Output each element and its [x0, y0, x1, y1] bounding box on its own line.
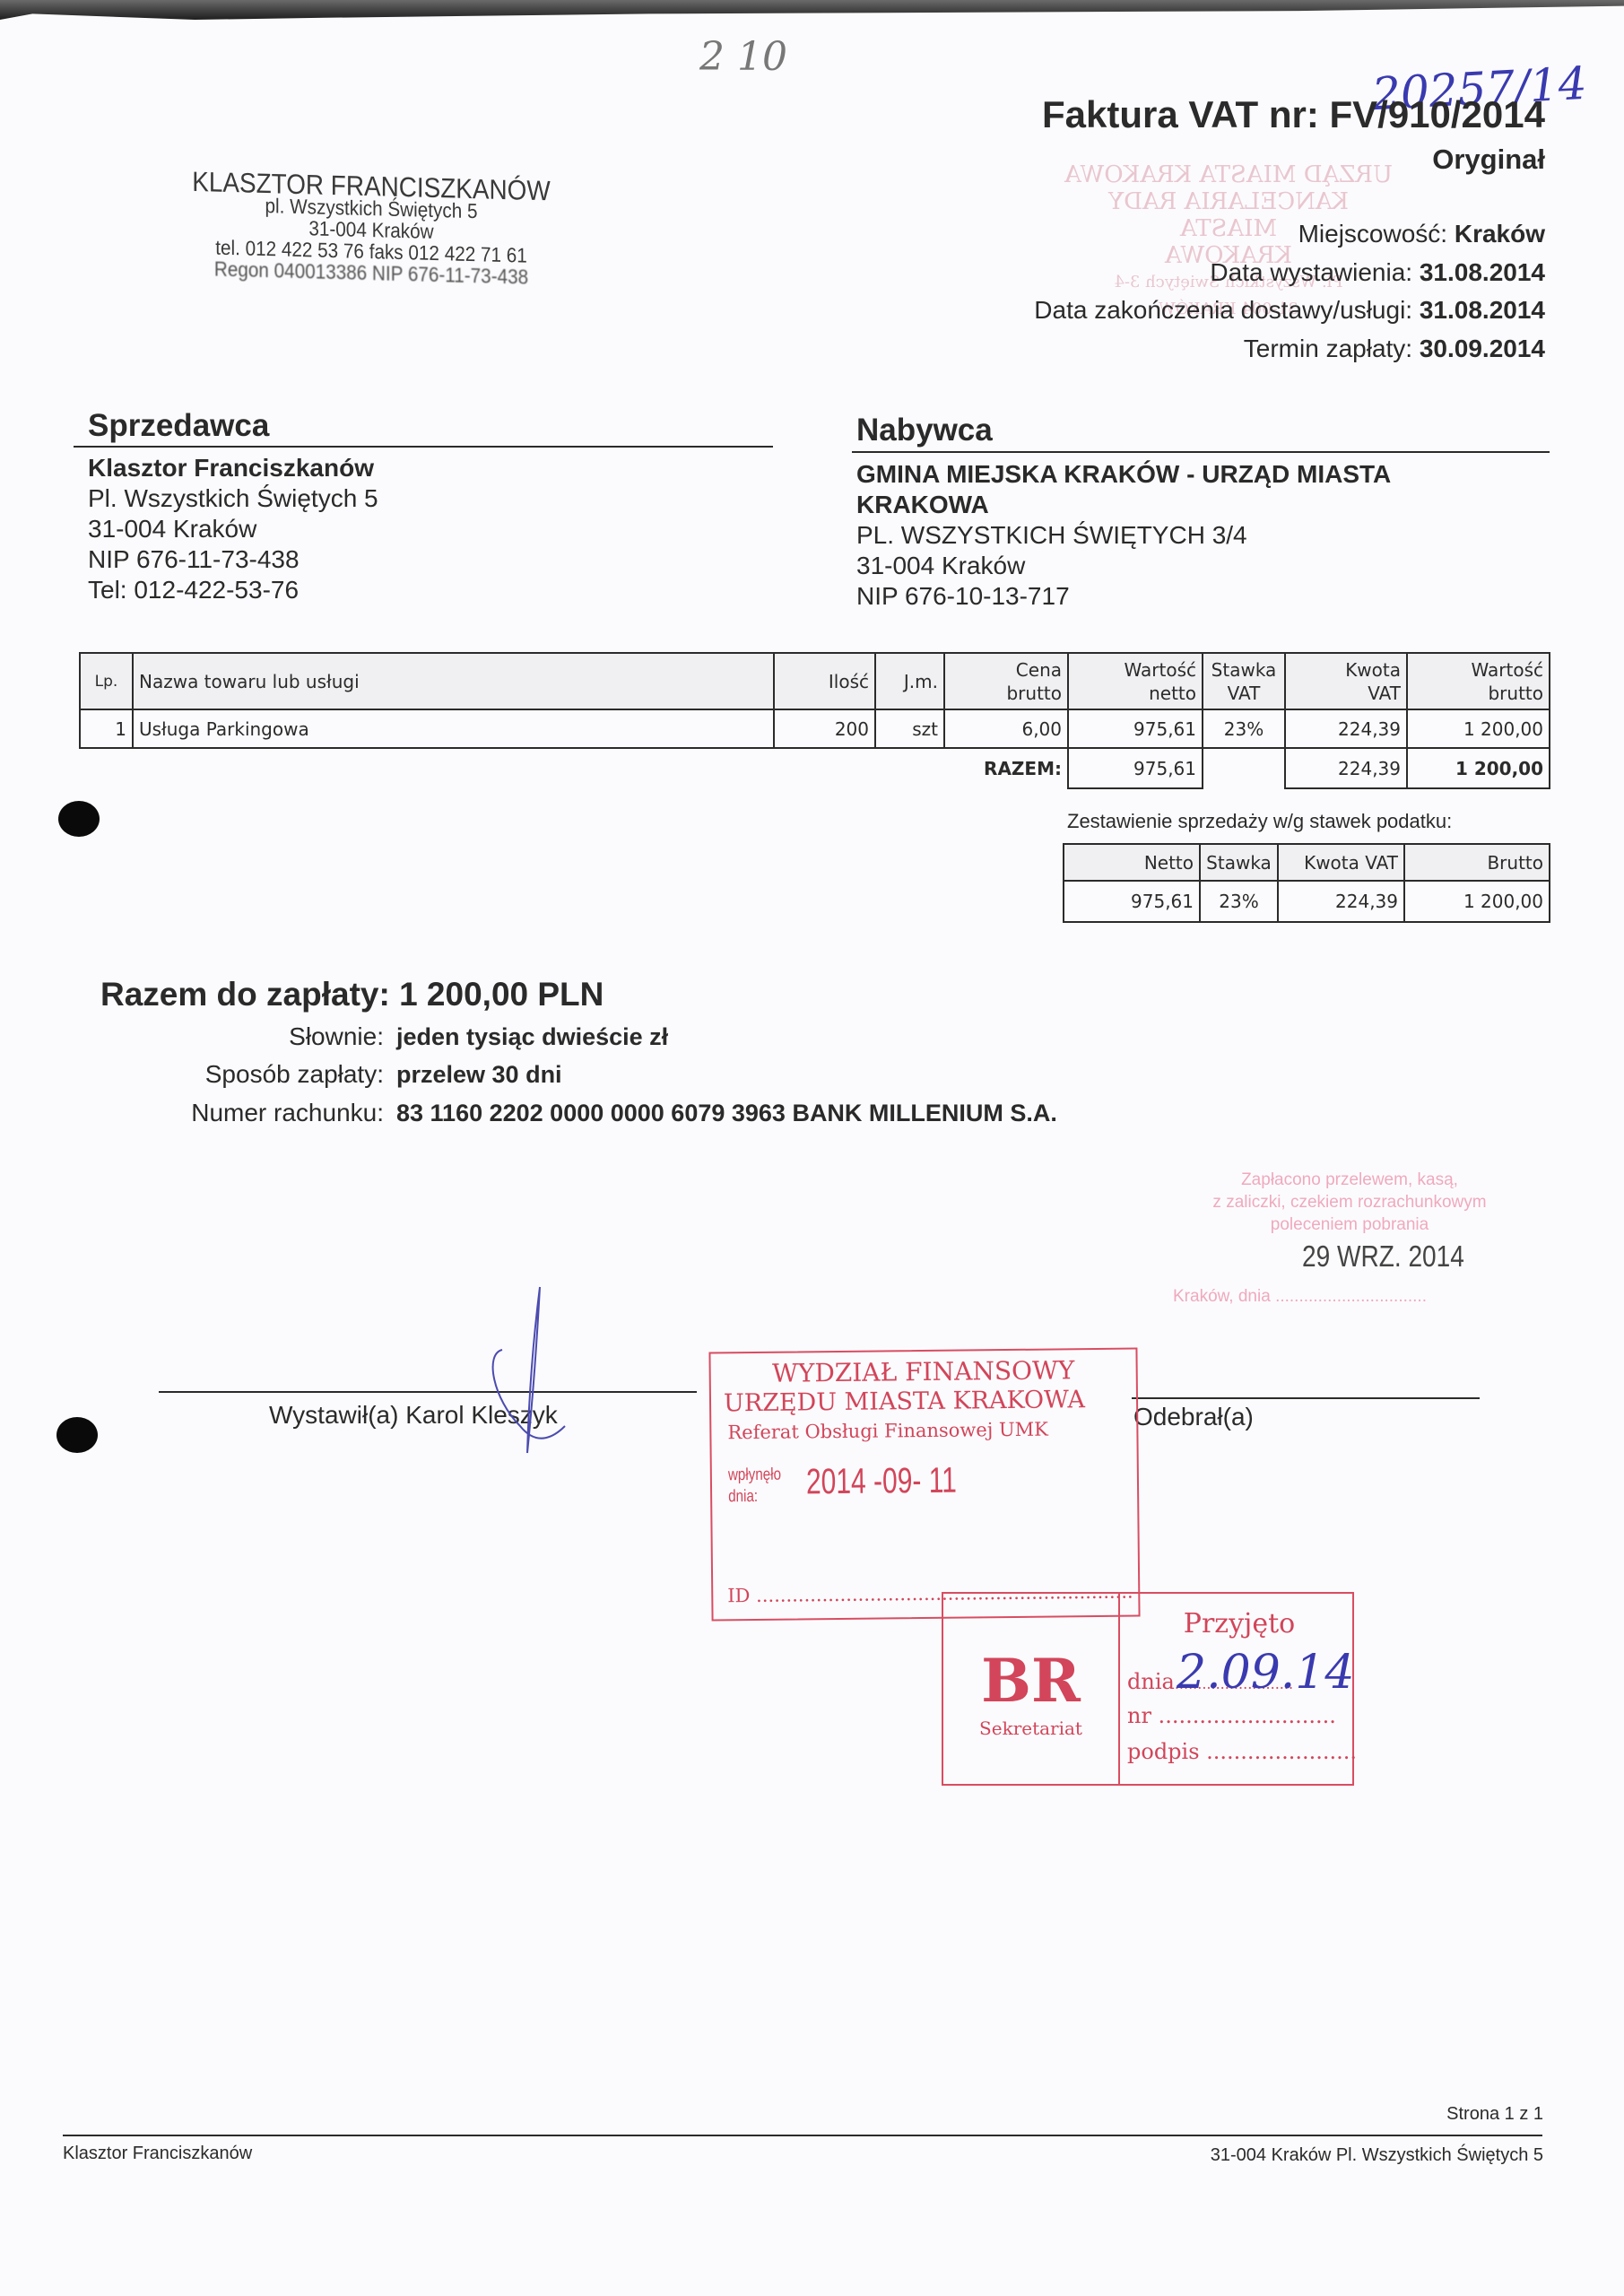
cell-price-gross: 6,00 [943, 709, 1069, 749]
header-line: VAT [1291, 682, 1401, 705]
vat-summary-caption: Zestawienie sprzedaży w/g stawek podatku… [1067, 810, 1452, 833]
col-header-gross-value: Wartość brutto [1406, 652, 1550, 710]
paid-date: 29 WRZ. 2014 [1302, 1239, 1464, 1274]
finance-received-stamp: WYDZIAŁ FINANSOWY URZĘDU MIASTA KRAKOWA … [708, 1348, 1140, 1622]
paid-stamp-line: poleceniem pobrania [1157, 1213, 1542, 1236]
in-words-value: jeden tysiąc dwieście zł [396, 1023, 668, 1051]
cell-name: Usługa Parkingowa [132, 709, 775, 749]
vat-summary-vat: 224,39 [1277, 880, 1405, 923]
buyer-name-line1: GMINA MIEJSKA KRAKÓW - URZĄD MIASTA [856, 459, 1391, 490]
vat-summary-header-net: Netto [1063, 843, 1201, 882]
seller-block: Klasztor Franciszkanów Pl. Wszystkich Św… [88, 453, 378, 605]
col-header-unit: J.m. [874, 652, 945, 710]
issue-date-value: 31.08.2014 [1420, 258, 1545, 286]
br-accepted: Przyjęto [1123, 1608, 1356, 1639]
seller-heading: Sprzedawca [88, 408, 269, 444]
paid-stamp: Zapłacono przelewem, kasą, z zaliczki, c… [1157, 1169, 1542, 1236]
br-number: nr .......................... [1127, 1703, 1336, 1728]
cell-lp: 1 [79, 709, 134, 749]
total-due-value: 1 200,00 PLN [399, 976, 604, 1013]
issue-date-row: Data wystawienia: 31.08.2014 [1210, 258, 1545, 287]
header-line: netto [1074, 682, 1196, 705]
header-line: Stawka [1209, 658, 1279, 682]
punch-hole [58, 801, 100, 837]
copy-label: Oryginał [1432, 143, 1545, 176]
delivery-date-label: Data zakończenia dostawy/usługi: [1034, 296, 1412, 324]
buyer-block: GMINA MIEJSKA KRAKÓW - URZĄD MIASTA KRAK… [856, 459, 1391, 612]
vat-summary-header-vat: Kwota VAT [1277, 843, 1405, 882]
finance-stamp-line3: Referat Obsługi Finansowej UMK [727, 1419, 1048, 1444]
due-date-row: Termin zapłaty: 30.09.2014 [1244, 335, 1545, 363]
cell-net-value: 975,61 [1067, 709, 1203, 749]
cell-unit: szt [874, 709, 945, 749]
receiver-signature-line [1132, 1397, 1480, 1399]
account-number-label: Numer rachunku: [90, 1099, 384, 1127]
account-number-value: 83 1160 2202 0000 0000 6079 3963 BANK MI… [396, 1100, 1057, 1127]
received-label-line: wpłynęło [728, 1465, 781, 1487]
scan-top-edge [0, 0, 1624, 20]
page-number: Strona 1 z 1 [1446, 2104, 1543, 2125]
punch-hole [56, 1417, 98, 1453]
paid-stamp-line: Zapłacono przelewem, kasą, [1157, 1169, 1542, 1191]
seller-address-city: 31-004 Kraków [88, 514, 378, 544]
seller-address-street: Pl. Wszystkich Świętych 5 [88, 483, 378, 514]
cell-vat-rate: 23% [1202, 709, 1286, 749]
paid-place-line: Kraków, dnia ...........................… [1173, 1287, 1427, 1307]
invoice-title: Faktura VAT nr: FV/910/2014 [1042, 93, 1545, 136]
br-secretariat-stamp: BR Sekretariat Przyjęto dnia............… [942, 1592, 1354, 1786]
due-date-label: Termin zapłaty: [1244, 335, 1412, 362]
seller-stamp: KLASZTOR FRANCISZKANÓW pl. Wszystkich Św… [161, 170, 581, 289]
handwritten-note-top: 2 10 [699, 34, 787, 80]
buyer-address-city: 31-004 Kraków [856, 551, 1391, 581]
footer-left: Klasztor Franciszkanów [63, 2144, 252, 2164]
cell-vat-amount: 224,39 [1284, 709, 1408, 749]
vat-summary-net: 975,61 [1063, 880, 1201, 923]
ghost-line: URZĄD MIASTA KRAKOWA [1058, 161, 1399, 188]
total-due-row: Razem do zapłaty: 1 200,00 PLN [100, 976, 604, 1013]
cell-gross-value: 1 200,00 [1406, 709, 1550, 749]
vat-summary-gross: 1 200,00 [1403, 880, 1550, 923]
cell-qty: 200 [773, 709, 876, 749]
seller-divider [74, 446, 773, 448]
header-line: Cena [951, 658, 1062, 682]
paid-stamp-line: z zaliczki, czekiem rozrachunkowym [1157, 1191, 1542, 1213]
buyer-address-street: PL. WSZYSTKICH ŚWIĘTYCH 3/4 [856, 520, 1391, 551]
total-due-label: Razem do zapłaty: [100, 976, 390, 1013]
col-header-net-value: Wartość netto [1067, 652, 1203, 710]
seller-name: Klasztor Franciszkanów [88, 453, 378, 483]
buyer-name-line2: KRAKOWA [856, 490, 1391, 520]
br-subtitle: Sekretariat [943, 1718, 1118, 1739]
header-line: VAT [1209, 682, 1279, 705]
total-net-value: 975,61 [1067, 747, 1203, 789]
header-line: Wartość [1413, 658, 1543, 682]
col-header-lp: Lp. [79, 652, 134, 710]
delivery-date-value: 31.08.2014 [1420, 296, 1545, 324]
col-header-price-gross: Cena brutto [943, 652, 1069, 710]
br-date-handwritten: 2.09.14 [1177, 1646, 1354, 1700]
header-line: brutto [1413, 682, 1543, 705]
col-header-name: Nazwa towaru lub usługi [132, 652, 775, 710]
delivery-date-row: Data zakończenia dostawy/usługi: 31.08.2… [1034, 296, 1545, 325]
vat-summary-rate: 23% [1199, 880, 1279, 923]
buyer-heading: Nabywca [856, 413, 993, 448]
header-line: Wartość [1074, 658, 1196, 682]
seller-nip: NIP 676-11-73-438 [88, 544, 378, 575]
payment-method-value: przelew 30 dni [396, 1061, 562, 1089]
finance-stamp-received-label: wpłynęło dnia: [728, 1465, 782, 1509]
seller-phone: Tel: 012-422-53-76 [88, 575, 378, 605]
issue-date-label: Data wystawienia: [1210, 258, 1412, 286]
vat-summary-header-gross: Brutto [1403, 843, 1550, 882]
buyer-nip: NIP 676-10-13-717 [856, 581, 1391, 612]
finance-stamp-date: 2014 -09- 11 [806, 1461, 957, 1503]
place-value: Kraków [1455, 220, 1545, 248]
footer-right: 31-004 Kraków Pl. Wszystkich Świętych 5 [1211, 2145, 1543, 2166]
place-row: Miejscowość: Kraków [1298, 220, 1545, 248]
footer-divider [63, 2135, 1542, 2136]
finance-stamp-line2: URZĘDU MIASTA KRAKOWA [724, 1386, 1085, 1417]
finance-stamp-line1: WYDZIAŁ FINANSOWY [711, 1357, 1136, 1388]
col-header-vat-rate: Stawka VAT [1202, 652, 1286, 710]
place-label: Miejscowość: [1298, 220, 1447, 248]
total-gross-value: 1 200,00 [1406, 747, 1550, 789]
vat-summary-header-rate: Stawka [1199, 843, 1279, 882]
due-date-value: 30.09.2014 [1420, 335, 1545, 362]
col-header-vat-amount: Kwota VAT [1284, 652, 1408, 710]
received-label-line: dnia: [728, 1486, 781, 1509]
br-stamp-divider [1118, 1594, 1120, 1784]
in-words-label: Słownie: [90, 1022, 384, 1051]
payment-method-label: Sposób zapłaty: [90, 1060, 384, 1089]
buyer-divider [852, 451, 1550, 453]
issuer-signature-line [159, 1391, 697, 1393]
received-by: Odebrał(a) [1133, 1403, 1254, 1431]
header-line: Kwota [1291, 658, 1401, 682]
total-vat-amount: 224,39 [1284, 747, 1408, 789]
header-line: brutto [951, 682, 1062, 705]
signature-scribble [430, 1283, 592, 1462]
br-logo: BR [943, 1649, 1118, 1712]
col-header-qty: Ilość [773, 652, 876, 710]
total-label: RAZEM: [943, 747, 1069, 789]
br-signature: podpis ...................... [1127, 1739, 1357, 1764]
br-date-label: dnia [1127, 1669, 1175, 1694]
